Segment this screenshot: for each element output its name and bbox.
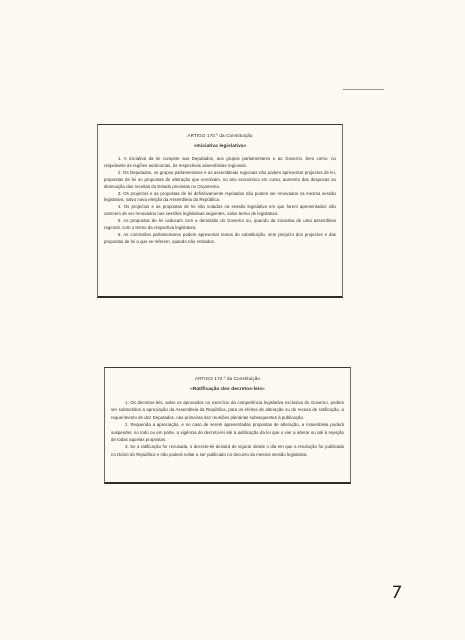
article-heading: ARTIGO 172.º da Constituição	[111, 376, 344, 382]
article-paragraph: 2. Requerida a apreciação, e no caso de …	[111, 421, 344, 443]
article-paragraph: 3. Os projectos e as propostas de lei de…	[104, 191, 336, 205]
article-paragraph: 6. As comissões parlamentares podem apre…	[104, 232, 336, 246]
handwritten-page-number: 7	[390, 583, 403, 603]
paragraph-text: e não poderá voltar a ser publicado no d…	[156, 452, 308, 457]
document-page: ARTIGO 170.º da Constituição «Iniciativa…	[0, 0, 465, 640]
article-172-box: ARTIGO 172.º da Constituição «Ratificaçã…	[104, 367, 351, 484]
article-paragraph: 3. Se a ratificação for recusada, o decr…	[111, 443, 344, 458]
top-right-rule	[343, 89, 384, 90]
article-subtitle: «Ratificação dos decretos-leis»	[111, 387, 344, 393]
article-170-box: ARTIGO 170.º da Constituição «Iniciativa…	[97, 124, 343, 298]
article-paragraph: 1. A iniciativa da lei compete aos Deput…	[104, 156, 336, 170]
article-paragraph: 2. Os Deputados, os grupos parlamentares…	[104, 170, 336, 191]
article-paragraph: 1. Os decretos-leis, salvo os aprovados …	[111, 399, 344, 421]
article-paragraph: 5. As propostas de lei caducam com a dem…	[104, 218, 336, 232]
article-paragraph: 4. Os projectos e as propostas de lei nã…	[104, 204, 336, 218]
article-heading: ARTIGO 170.º da Constituição	[104, 133, 336, 139]
article-subtitle: «Iniciativa legislativa»	[104, 144, 336, 150]
publication-title: Diário da República	[117, 452, 155, 457]
